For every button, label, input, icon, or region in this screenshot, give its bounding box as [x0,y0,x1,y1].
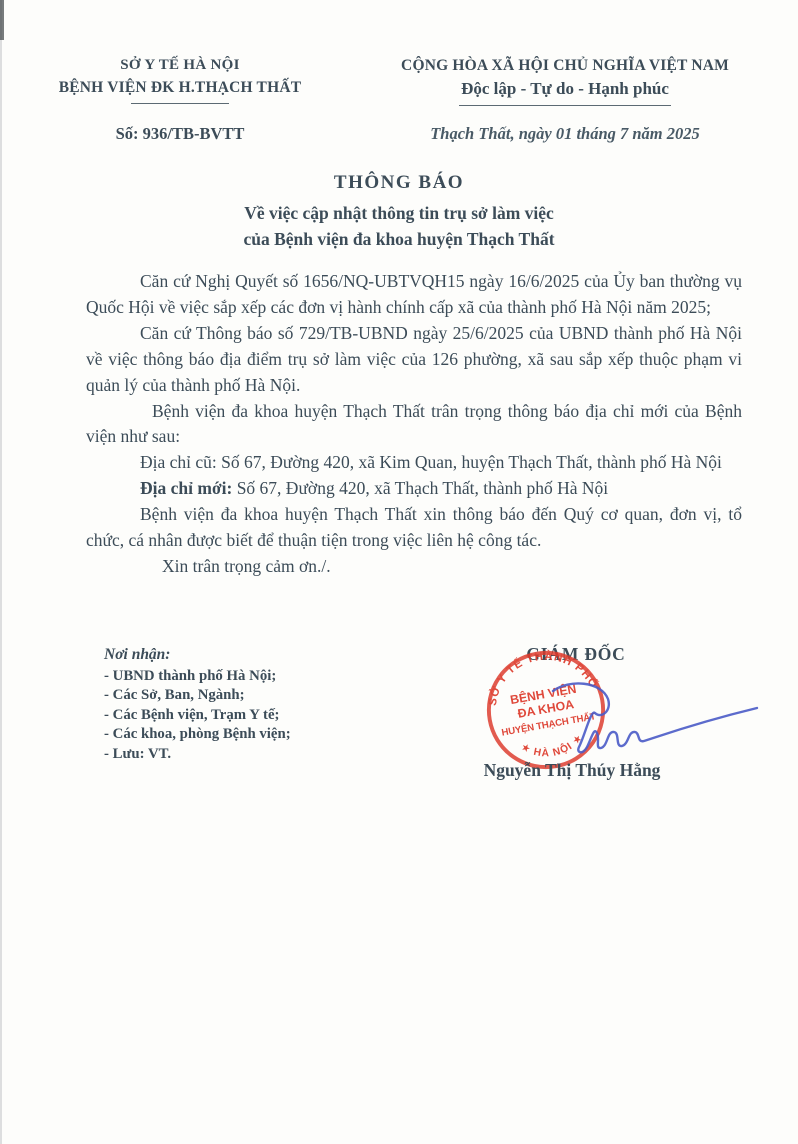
recipient-item: - Các khoa, phòng Bệnh viện; [104,725,291,744]
recipients-block: Nơi nhận: - UBND thành phố Hà Nội; - Các… [104,646,291,764]
document-header: SỞ Y TẾ HÀ NỘI BỆNH VIỆN ĐK H.THẠCH THẤT… [0,57,798,144]
recipient-item: - Các Sở, Ban, Ngành; [104,686,291,705]
document-title-block: THÔNG BÁO Về việc cập nhật thông tin trụ… [0,172,798,250]
recipient-item: - UBND thành phố Hà Nội; [104,667,291,686]
paragraph-thanks: Xin trân trọng cảm ơn./. [86,554,742,580]
parent-org-name: SỞ Y TẾ HÀ NỘI [0,57,360,74]
old-address-label: Địa chỉ cũ: [140,452,217,472]
hospital-org-name: BỆNH VIỆN ĐK H.THẠCH THẤT [0,79,360,97]
recipient-item: - Các Bệnh viện, Trạm Y tế; [104,706,291,725]
org-underline [131,103,229,104]
paragraph-new-address: Địa chỉ mới: Số 67, Đường 420, xã Thạch … [86,476,742,502]
recipients-list: - UBND thành phố Hà Nội; - Các Sở, Ban, … [104,667,291,764]
motto-underline [459,105,671,106]
document-subtitle-1: Về việc cập nhật thông tin trụ sở làm vi… [0,203,798,224]
document-body: Căn cứ Nghị Quyết số 1656/NQ-UBTVQH15 ng… [86,269,742,580]
national-motto: Độc lập - Tự do - Hạnh phúc [360,79,770,99]
document-subtitle-2: của Bệnh viện đa khoa huyện Thạch Thất [0,229,798,250]
handwritten-signature [495,675,765,760]
new-address-value: Số 67, Đường 420, xã Thạch Thất, thành p… [232,478,608,498]
paragraph-legal-basis-2: Căn cứ Thông báo số 729/TB-UBND ngày 25/… [86,321,742,399]
paragraph-notice: Bệnh viện đa khoa huyện Thạch Thất xin t… [86,502,742,554]
national-title: CỘNG HÒA XÃ HỘI CHỦ NGHĨA VIỆT NAM [360,57,770,75]
new-address-label: Địa chỉ mới: [140,478,232,498]
old-address-value: Số 67, Đường 420, xã Kim Quan, huyện Thạ… [217,452,722,472]
paragraph-legal-basis-1: Căn cứ Nghị Quyết số 1656/NQ-UBTVQH15 ng… [86,269,742,321]
recipients-label: Nơi nhận: [104,646,291,664]
document-number: Số: 936/TB-BVTT [0,124,360,144]
national-header-block: CỘNG HÒA XÃ HỘI CHỦ NGHĨA VIỆT NAM Độc l… [360,57,770,144]
paragraph-old-address: Địa chỉ cũ: Số 67, Đường 420, xã Kim Qua… [86,450,742,476]
signer-name: Nguyễn Thị Thúy Hằng [484,760,661,781]
recipient-item: - Lưu: VT. [104,745,291,764]
paragraph-announcement: Bệnh viện đa khoa huyện Thạch Thất trân … [86,399,742,451]
issuing-org-block: SỞ Y TẾ HÀ NỘI BỆNH VIỆN ĐK H.THẠCH THẤT… [0,57,360,144]
scanned-official-document: SỞ Y TẾ HÀ NỘI BỆNH VIỆN ĐK H.THẠCH THẤT… [0,0,798,1144]
scan-corner-smudge [0,0,4,40]
place-date-line: Thạch Thất, ngày 01 tháng 7 năm 2025 [360,124,770,144]
document-title: THÔNG BÁO [0,172,798,194]
